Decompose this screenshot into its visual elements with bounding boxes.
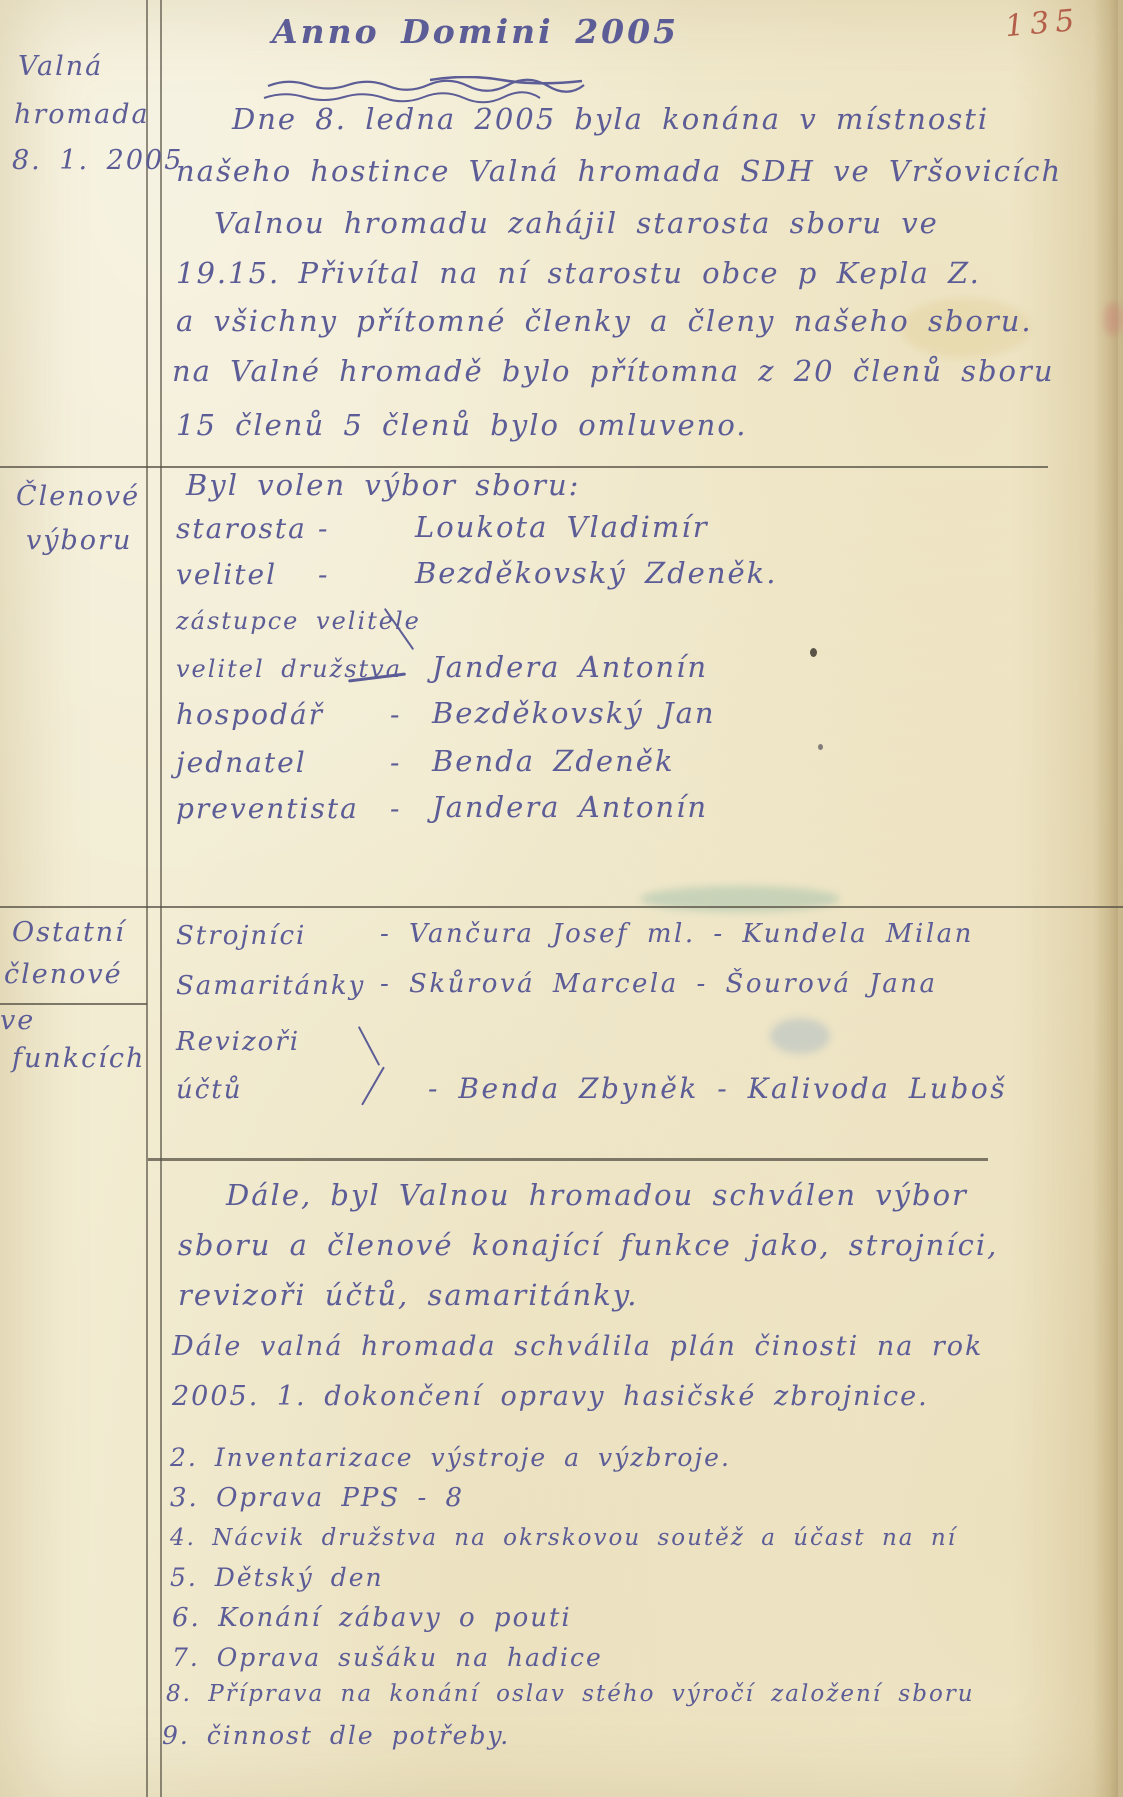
committee-role: jednatel [176,748,307,779]
plan-item: 2. Inventarizace výstroje a výzbroje. [170,1444,731,1472]
committee-role: preventista [176,794,359,825]
committee-role: velitel [176,560,277,591]
paper-speck [810,648,817,657]
meeting-line: Dne 8. ledna 2005 byla konána v místnost… [232,104,989,136]
meeting-line: Valnou hromadu zahájil starosta sboru ve [214,208,939,240]
committee-sep: - [390,700,401,731]
meeting-line: 19.15. Přivítal na ní starostu obce p Ke… [176,258,981,290]
margin-note-committee-1: Členové [16,482,140,512]
function-role: účtů [176,1076,243,1105]
function-names: - Skůrová Marcela - Šourová Jana [380,970,937,999]
margin-note-others-3: ve [0,1006,35,1036]
margin-note-meeting-1: Valná [18,52,103,82]
margin-rule-left [146,0,148,1797]
chronicle-page: Anno Domini 2005 135 Valná hromada 8. 1.… [0,0,1123,1797]
page-title: Anno Domini 2005 [272,14,679,50]
committee-heading: Byl volen výbor sboru: [186,470,580,502]
page-edge-strip [1118,0,1123,1797]
committee-sep: - [318,514,329,545]
committee-name: Jandera Antonín [432,652,708,684]
margin-note-committee-2: výboru [26,526,132,556]
margin-note-others-1: Ostatní [12,918,126,948]
committee-name: Bezděkovský Jan [432,698,716,730]
margin-note-others-4: funkcích [12,1044,145,1074]
committee-role: zástupce velitele [176,608,421,634]
plan-item: 3. Oprava PPS - 8 [170,1484,464,1513]
function-names: - Benda Zbyněk - Kalivoda Luboš [428,1074,1007,1105]
section-divider-3 [148,1158,988,1161]
committee-name: Jandera Antonín [432,792,708,824]
committee-role: hospodář [176,700,324,731]
red-edge-smudge [1104,302,1122,336]
function-role: Samaritánky [176,972,365,1001]
brace-stroke [361,1066,385,1105]
function-role: Strojníci [176,922,306,951]
committee-role: starosta [176,514,307,545]
committee-sep: - [318,560,329,591]
section-divider-2 [0,906,1123,908]
ink-smudge-blue [770,1018,830,1054]
margin-note-others-2: členové [4,960,123,990]
page-number: 135 [1004,3,1082,44]
plan-item: 4. Nácvik družstva na okrskovou soutěž a… [170,1526,957,1551]
brace-stroke [358,1026,380,1066]
plan-item: 6. Konání zábavy o pouti [172,1604,572,1633]
committee-sep: - [390,794,401,825]
margin-note-meeting-date: 8. 1. 2005 [12,146,183,176]
plan-intro-line: 2005. 1. dokončení opravy hasičské zbroj… [172,1382,929,1412]
resolution-line: sboru a členové konající funkce jako, st… [178,1230,998,1262]
function-role: Revizoři [176,1028,300,1057]
plan-intro-line: Dále valná hromada schválila plán činost… [172,1332,983,1362]
margin-note-meeting-2: hromada [14,100,150,130]
plan-item: 9. činnost dle potřeby. [162,1722,510,1750]
ink-smudge-teal [640,886,840,912]
resolution-line: revizoři účtů, samaritánky. [178,1280,639,1312]
plan-item: 7. Oprava sušáku na hadice [172,1644,603,1672]
meeting-line: 15 členů 5 členů bylo omluveno. [176,410,748,442]
committee-name: Loukota Vladimír [415,512,709,544]
plan-item: 8. Příprava na konání oslav stého výročí… [166,1682,975,1707]
function-names: - Vančura Josef ml. - Kundela Milan [380,920,974,949]
plan-item: 5. Dětský den [170,1564,384,1592]
meeting-line: našeho hostince Valná hromada SDH ve Vrš… [176,156,1062,188]
committee-name: Bezděkovský Zdeněk. [415,558,777,590]
meeting-line: na Valné hromadě bylo přítomna z 20 člen… [172,356,1055,388]
resolution-line: Dále, byl Valnou hromadou schválen výbor [226,1180,968,1212]
committee-sep: - [390,748,401,779]
committee-name: Benda Zdeněk [432,746,675,778]
paper-speck [818,744,823,750]
margin-rule-right [160,0,162,1797]
meeting-line: a všichny přítomné členky a členy našeho… [176,306,1033,338]
